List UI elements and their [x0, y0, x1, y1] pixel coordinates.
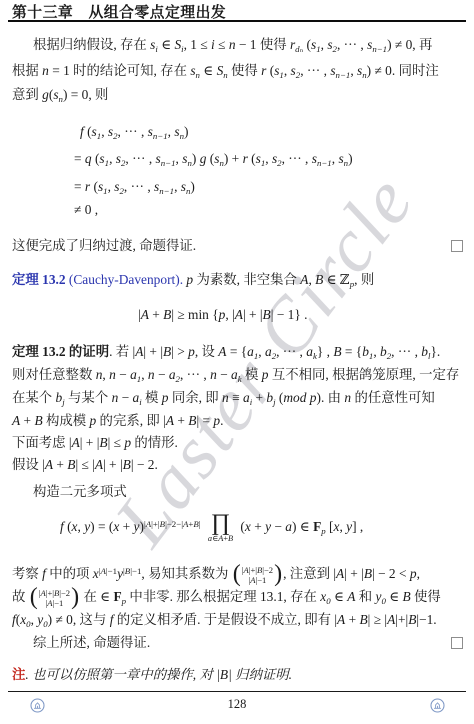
remark: 注. 也可以仿照第一章中的操作, 对 |B| 归纳证明.: [12, 665, 292, 685]
qed-box-2: [451, 637, 463, 649]
proof-line1: 定理 13.2 的证明. 若 |A| + |B| > p, 设 A = {a1,…: [12, 342, 440, 362]
proof-line6: 假设 |A + B| ≤ |A| + |B| − 2.: [12, 455, 158, 475]
theorem-statement: p 为素数, 非空集合 A, B ∈ ℤp, 则: [183, 272, 374, 287]
proof-line4: A + B 构成模 p 的完系, 即 |A + B| = p.: [12, 411, 223, 431]
publisher-emblem-icon-right: [430, 698, 445, 718]
proof-line3: 在某个 bj 与某个 n − ai 模 p 同余, 即 n ≡ ai + bj …: [12, 388, 435, 408]
header-rule: [8, 20, 466, 22]
equation1-line3: = r (s1, s2, ··· , sn−1, sn): [74, 177, 195, 197]
polynomial-display-equation: f (x, y) = (x + y)|A|+|B|−2−|A+B| ∏a∈A+B…: [60, 506, 363, 548]
proof-line1-text: . 若 |A| + |B| > p, 设 A = {a1, a2, ··· , …: [109, 344, 440, 359]
equation1-line1: f (s1, s2, ··· , sn−1, sn): [80, 122, 188, 142]
paragraph1-line2: 根据 n = 1 时的结论可知, 存在 sn ∈ Sn 使得 r (s1, s2…: [12, 61, 439, 81]
theorem-label: 定理 13.2: [12, 272, 66, 287]
proof-line9: 故 (|A|+|B|−2|A|−1) 在 ∈ Fp 中非零. 那么根据定理 13…: [12, 587, 441, 609]
theorem-13-2: 定理 13.2 (Cauchy-Davenport). p 为素数, 非空集合 …: [12, 270, 374, 290]
proof-conclusion: 综上所述, 命题得证.: [33, 633, 150, 653]
theorem-display-equation: |A + B| ≥ min {p, |A| + |B| − 1} .: [138, 305, 307, 325]
remark-text: . 也可以仿照第一章中的操作, 对 |B| 归纳证明.: [25, 667, 292, 682]
book-page: Laster Circle 第十三章 从组合零点定理出发 根据归纳假设, 存在 …: [0, 0, 474, 724]
remark-label: 注: [12, 667, 25, 682]
paragraph1-line3: 意到 g(sn) = 0, 则: [12, 85, 108, 105]
equation1-line2: = q (s1, s2, ··· , sn−1, sn) g (sn) + r …: [74, 149, 353, 169]
paragraph2: 这便完成了归纳过渡, 命题得证.: [12, 236, 196, 256]
proof-line2: 则对任意整数 n, n − a1, n − a2, ··· , n − ak 模…: [12, 365, 459, 385]
paragraph1-line1: 根据归纳假设, 存在 si ∈ Si, 1 ≤ i ≤ n − 1 使得 rdₙ…: [33, 35, 432, 55]
proof-label: 定理 13.2 的证明: [12, 344, 109, 359]
footer-rule: [8, 691, 466, 692]
proof-line7: 构造二元多项式: [33, 482, 127, 502]
proof-line5: 下面考虑 |A| + |B| ≤ p 的情形.: [12, 433, 178, 453]
page-number: 128: [0, 697, 474, 712]
proof-line10: f(x0, y0) ≠ 0, 这与 f 的定义相矛盾. 于是假设不成立, 即有 …: [12, 610, 437, 630]
proof-line8: 考察 f 中的项 x|A|−1y|B|−1, 易知其系数为 (|A|+|B|−2…: [12, 564, 420, 586]
equation1-line4: ≠ 0 ,: [74, 200, 98, 220]
theorem-name: (Cauchy-Davenport).: [66, 272, 184, 287]
qed-box-1: [451, 240, 463, 252]
publisher-emblem-icon-left: [30, 698, 45, 718]
